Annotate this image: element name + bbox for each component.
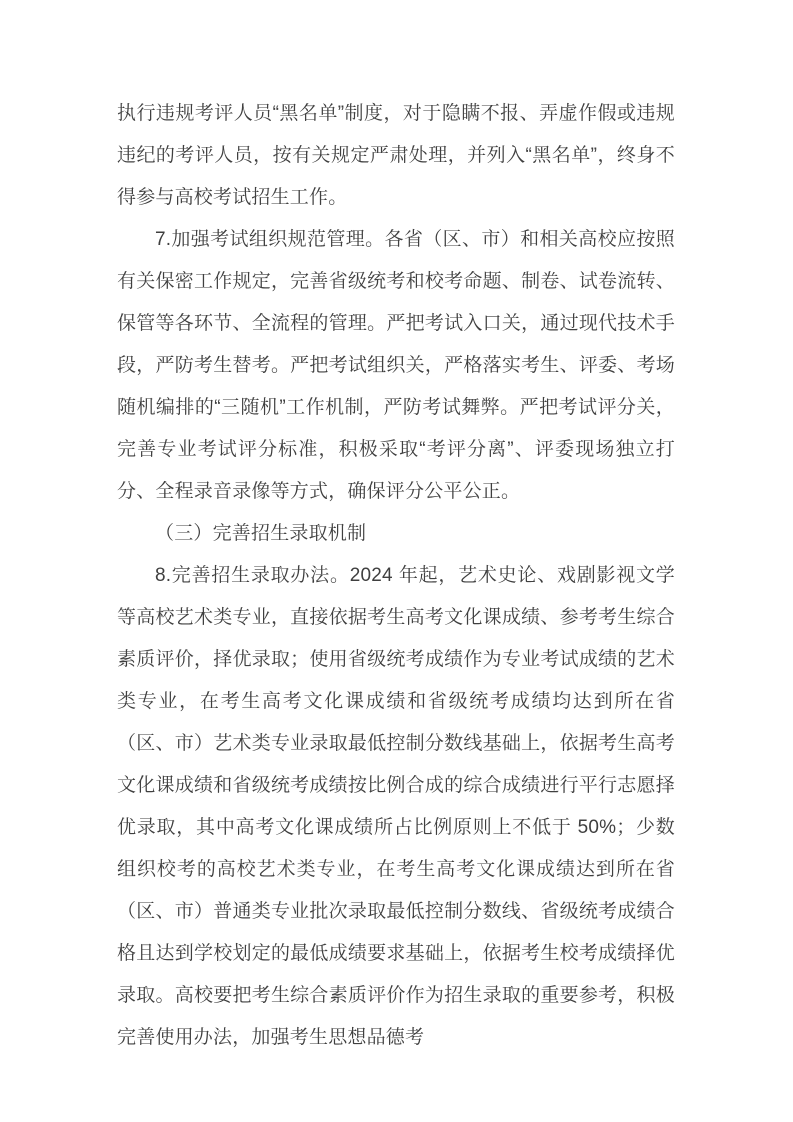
- section-heading-3-admission-mechanism: （三）完善招生录取机制: [117, 513, 675, 555]
- document-page: 执行违规考评人员“黑名单”制度，对于隐瞒不报、弄虚作假或违规违纪的考评人员，按有…: [0, 0, 793, 1122]
- document-body: 执行违规考评人员“黑名单”制度，对于隐瞒不报、弄虚作假或违规违纪的考评人员，按有…: [117, 93, 675, 1059]
- paragraph-7-exam-organization: 7.加强考试组织规范管理。各省（区、市）和相关高校应按照有关保密工作规定，完善省…: [117, 219, 675, 513]
- paragraph-8-admission-measures: 8.完善招生录取办法。2024 年起，艺术史论、戏剧影视文学等高校艺术类专业，直…: [117, 555, 675, 1059]
- paragraph-blacklist-continuation: 执行违规考评人员“黑名单”制度，对于隐瞒不报、弄虚作假或违规违纪的考评人员，按有…: [117, 93, 675, 219]
